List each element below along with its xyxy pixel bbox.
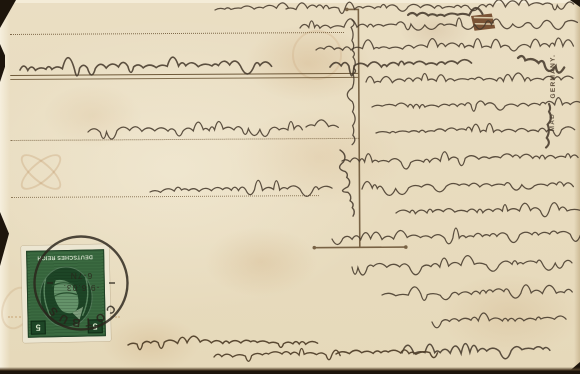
handwriting-stroke [150, 179, 332, 199]
postcard: GERMANY. MAD DEUTSCHES REICH [0, 0, 580, 374]
card-edge-bottom [0, 367, 580, 374]
handwriting-stroke [432, 312, 566, 328]
handwriting-stroke [286, 0, 574, 15]
handwriting-stroke [362, 178, 574, 196]
handwriting-stroke [396, 202, 580, 219]
handwriting-stroke [330, 60, 472, 77]
handwriting-stroke [382, 284, 573, 301]
handwriting-stroke [128, 334, 318, 350]
handwriting-stroke [332, 226, 580, 246]
handwriting-stroke [366, 71, 573, 84]
handwriting-stroke [306, 120, 338, 128]
handwriting-stroke [215, 3, 288, 10]
handwriting-stroke [336, 349, 438, 359]
postcard-photo: GERMANY. MAD DEUTSCHES REICH [0, 0, 580, 374]
handwriting-layer [0, 0, 580, 374]
handwriting-stroke [545, 104, 552, 148]
handwriting-stroke [517, 55, 565, 74]
handwriting-stroke [88, 120, 303, 140]
handwriting-stroke [316, 36, 574, 54]
handwriting-stroke [300, 15, 578, 34]
handwriting-stroke [376, 122, 575, 139]
handwriting-stroke [352, 254, 572, 276]
handwriting-stroke [342, 149, 578, 170]
handwriting-stroke [214, 348, 340, 362]
handwriting-stroke [347, 20, 355, 145]
handwriting-stroke [20, 54, 272, 78]
